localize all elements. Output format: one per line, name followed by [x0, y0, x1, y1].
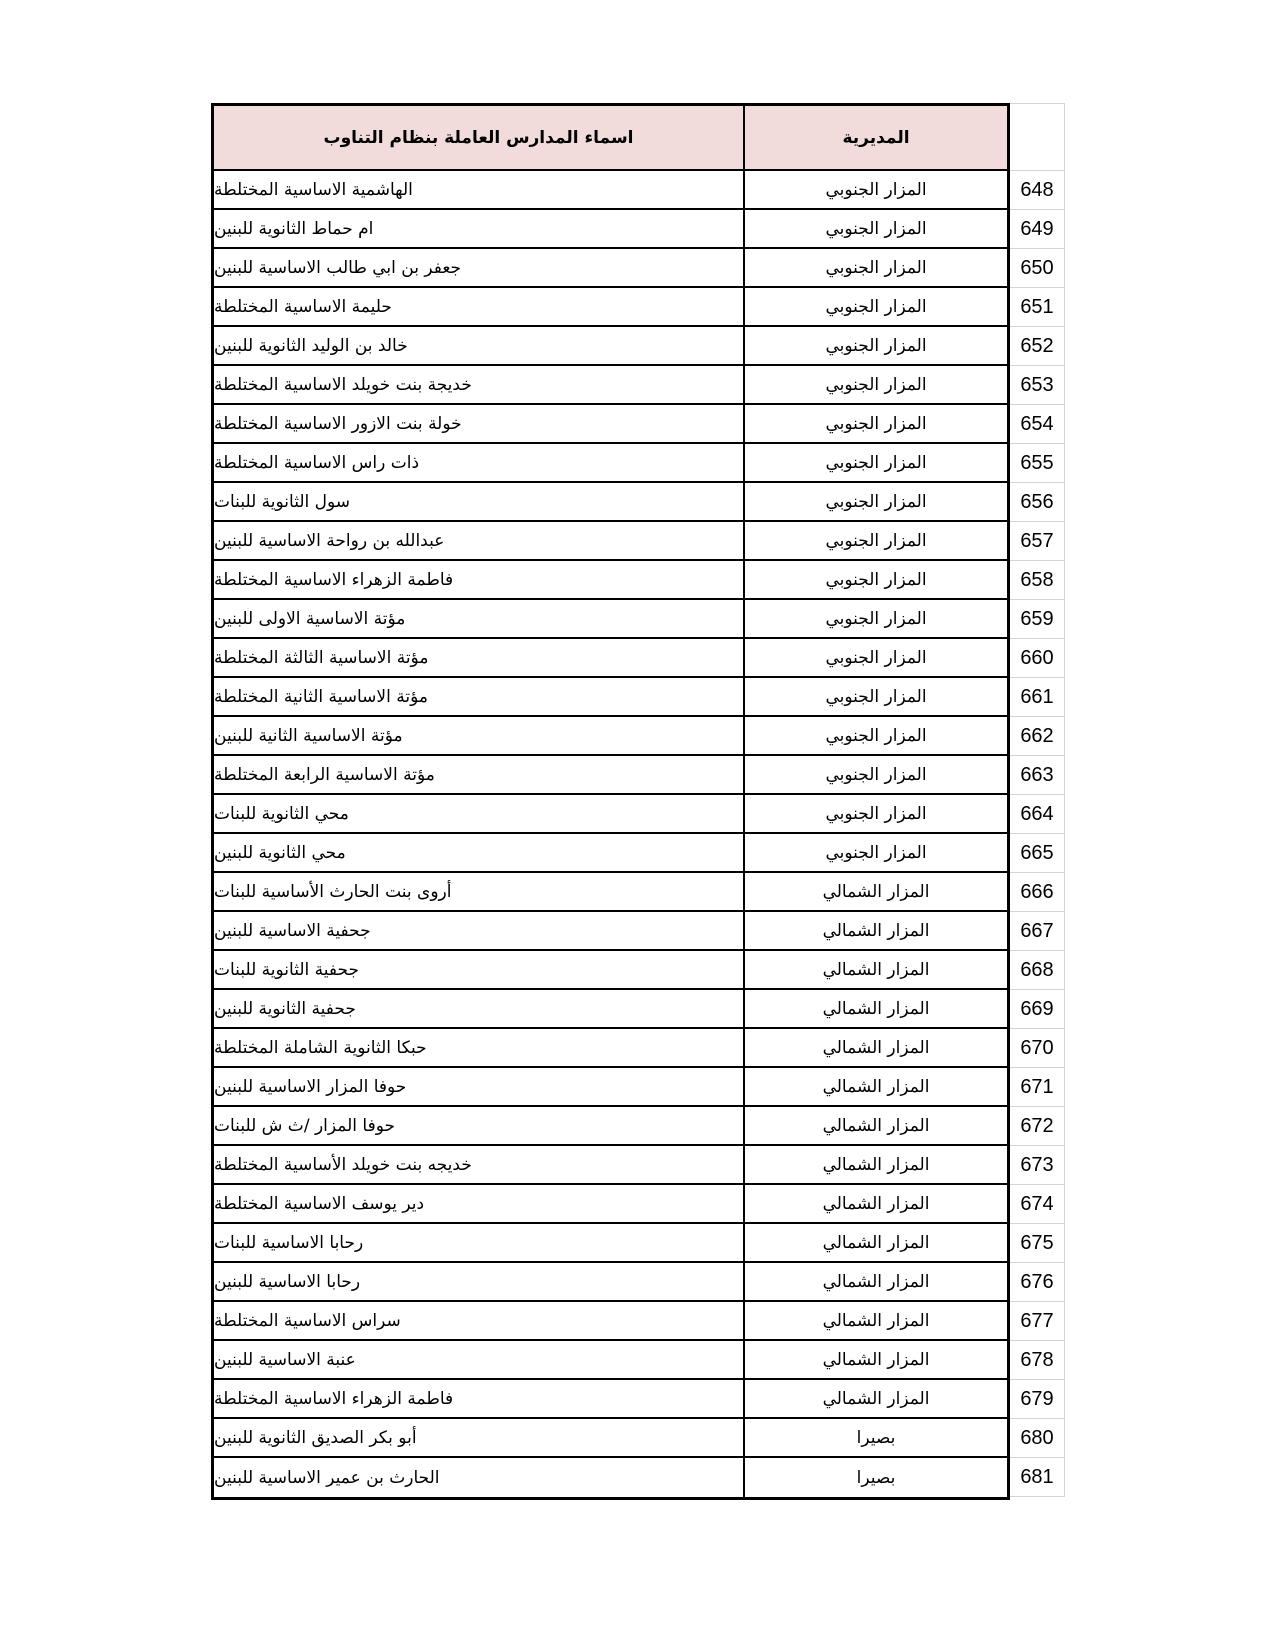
- row-number-cell: 677: [1010, 1302, 1065, 1341]
- row-number-cell: 656: [1010, 483, 1065, 522]
- row-number-cell: 678: [1010, 1341, 1065, 1380]
- directorate-cell: المزار الشمالي: [745, 1380, 1007, 1417]
- directorate-cell: المزار الجنوبي: [745, 483, 1007, 520]
- school-name-cell: ام حماط الثانوية للبنين: [214, 210, 745, 247]
- table-row: خولة بنت الازور الاساسية المختلطة المزار…: [214, 405, 1007, 444]
- table-row: جحفية الاساسية للبنين المزار الشمالي: [214, 912, 1007, 951]
- directorate-cell: المزار الشمالي: [745, 1107, 1007, 1144]
- row-number-cell: 662: [1010, 717, 1065, 756]
- row-number-cell: 665: [1010, 834, 1065, 873]
- school-name-cell: محي الثانوية للبنات: [214, 795, 745, 832]
- row-number-cell: 664: [1010, 795, 1065, 834]
- row-number-cell: 660: [1010, 639, 1065, 678]
- row-number-column: 6486496506516526536546556566576586596606…: [1010, 103, 1065, 1497]
- schools-table: اسماء المدارس العاملة بنظام التناوب المد…: [211, 103, 1010, 1500]
- table-row: خالد بن الوليد الثانوية للبنين المزار ال…: [214, 327, 1007, 366]
- table-row: مؤتة الاساسية الاولى للبنين المزار الجنو…: [214, 600, 1007, 639]
- document-page: { "page": { "background": "#ffffff" }, "…: [0, 0, 1275, 1650]
- table-row: عنبة الاساسية للبنين المزار الشمالي: [214, 1341, 1007, 1380]
- table-row: حليمة الاساسية المختلطة المزار الجنوبي: [214, 288, 1007, 327]
- row-number-cell: 668: [1010, 951, 1065, 990]
- directorate-cell: المزار الجنوبي: [745, 717, 1007, 754]
- directorate-cell: المزار الجنوبي: [745, 444, 1007, 481]
- table-row: مؤتة الاساسية الثانية المختلطة المزار ال…: [214, 678, 1007, 717]
- row-number-cell: 653: [1010, 366, 1065, 405]
- table-row: فاطمة الزهراء الاساسية المختلطة المزار ا…: [214, 1380, 1007, 1419]
- school-name-cell: حوفا المزار /ث ش للبنات: [214, 1107, 745, 1144]
- row-number-cell: 676: [1010, 1263, 1065, 1302]
- school-column-header: اسماء المدارس العاملة بنظام التناوب: [214, 106, 745, 169]
- school-name-cell: أروى بنت الحارث الأساسية للبنات: [214, 873, 745, 910]
- row-number-cell: 661: [1010, 678, 1065, 717]
- table-header-row: اسماء المدارس العاملة بنظام التناوب المد…: [214, 106, 1007, 171]
- directorate-cell: المزار الشمالي: [745, 1185, 1007, 1222]
- directorate-cell: المزار الشمالي: [745, 1263, 1007, 1300]
- school-name-cell: خولة بنت الازور الاساسية المختلطة: [214, 405, 745, 442]
- directorate-cell: المزار الجنوبي: [745, 639, 1007, 676]
- school-name-cell: أبو بكر الصديق الثانوية للبنين: [214, 1419, 745, 1456]
- directorate-cell: المزار الجنوبي: [745, 405, 1007, 442]
- directorate-cell: المزار الجنوبي: [745, 795, 1007, 832]
- school-name-cell: رحابا الاساسية للبنين: [214, 1263, 745, 1300]
- table-row: جحفية الثانوية للبنين المزار الشمالي: [214, 990, 1007, 1029]
- table-row: الحارث بن عمير الاساسية للبنين بصيرا: [214, 1458, 1007, 1497]
- school-name-cell: عنبة الاساسية للبنين: [214, 1341, 745, 1378]
- directorate-cell: المزار الجنوبي: [745, 171, 1007, 208]
- directorate-cell: المزار الجنوبي: [745, 210, 1007, 247]
- school-name-cell: حليمة الاساسية المختلطة: [214, 288, 745, 325]
- table-row: فاطمة الزهراء الاساسية المختلطة المزار ا…: [214, 561, 1007, 600]
- school-name-cell: مؤتة الاساسية الاولى للبنين: [214, 600, 745, 637]
- directorate-cell: المزار الجنوبي: [745, 756, 1007, 793]
- directorate-cell: المزار الجنوبي: [745, 561, 1007, 598]
- table-row: مؤتة الاساسية الرابعة المختلطة المزار ال…: [214, 756, 1007, 795]
- row-number-cell: 679: [1010, 1380, 1065, 1419]
- table-row: ام حماط الثانوية للبنين المزار الجنوبي: [214, 210, 1007, 249]
- row-number-header-cell: [1010, 103, 1065, 171]
- school-name-cell: فاطمة الزهراء الاساسية المختلطة: [214, 561, 745, 598]
- table-row: محي الثانوية للبنات المزار الجنوبي: [214, 795, 1007, 834]
- school-name-cell: محي الثانوية للبنين: [214, 834, 745, 871]
- school-name-cell: جحفية الثانوية للبنين: [214, 990, 745, 1027]
- row-number-cell: 674: [1010, 1185, 1065, 1224]
- school-name-cell: مؤتة الاساسية الرابعة المختلطة: [214, 756, 745, 793]
- school-name-cell: جحفية الثانوية للبنات: [214, 951, 745, 988]
- table-row: جعفر بن ابي طالب الاساسية للبنين المزار …: [214, 249, 1007, 288]
- school-name-cell: مؤتة الاساسية الثالثة المختلطة: [214, 639, 745, 676]
- table-row: سول الثانوية للبنات المزار الجنوبي: [214, 483, 1007, 522]
- row-number-cell: 659: [1010, 600, 1065, 639]
- school-name-cell: جحفية الاساسية للبنين: [214, 912, 745, 949]
- directorate-cell: بصيرا: [745, 1419, 1007, 1456]
- row-number-cell: 648: [1010, 171, 1065, 210]
- school-name-cell: دير يوسف الاساسية المختلطة: [214, 1185, 745, 1222]
- school-name-cell: جعفر بن ابي طالب الاساسية للبنين: [214, 249, 745, 286]
- school-name-cell: رحابا الاساسية للبنات: [214, 1224, 745, 1261]
- school-name-cell: سول الثانوية للبنات: [214, 483, 745, 520]
- directorate-cell: المزار الشمالي: [745, 873, 1007, 910]
- table-row: جحفية الثانوية للبنات المزار الشمالي: [214, 951, 1007, 990]
- table-row: محي الثانوية للبنين المزار الجنوبي: [214, 834, 1007, 873]
- directorate-cell: المزار الجنوبي: [745, 522, 1007, 559]
- row-number-cell: 657: [1010, 522, 1065, 561]
- school-name-cell: فاطمة الزهراء الاساسية المختلطة: [214, 1380, 745, 1417]
- row-number-cell: 649: [1010, 210, 1065, 249]
- table-row: خديجة بنت خويلد الاساسية المختلطة المزار…: [214, 366, 1007, 405]
- directorate-cell: المزار الشمالي: [745, 990, 1007, 1027]
- row-number-cell: 654: [1010, 405, 1065, 444]
- row-number-cell: 669: [1010, 990, 1065, 1029]
- row-number-cell: 671: [1010, 1068, 1065, 1107]
- row-number-cell: 672: [1010, 1107, 1065, 1146]
- table-row: دير يوسف الاساسية المختلطة المزار الشمال…: [214, 1185, 1007, 1224]
- school-name-cell: خالد بن الوليد الثانوية للبنين: [214, 327, 745, 364]
- row-number-cell: 651: [1010, 288, 1065, 327]
- directorate-cell: بصيرا: [745, 1458, 1007, 1497]
- row-number-cell: 663: [1010, 756, 1065, 795]
- school-name-cell: خديجه بنت خويلد الأساسية المختلطة: [214, 1146, 745, 1183]
- row-number-cell: 680: [1010, 1419, 1065, 1458]
- row-number-cell: 666: [1010, 873, 1065, 912]
- row-number-cell: 655: [1010, 444, 1065, 483]
- directorate-cell: المزار الشمالي: [745, 1146, 1007, 1183]
- table-row: رحابا الاساسية للبنات المزار الشمالي: [214, 1224, 1007, 1263]
- row-number-cell: 673: [1010, 1146, 1065, 1185]
- directorate-cell: المزار الشمالي: [745, 951, 1007, 988]
- table-row: حوفا المزار /ث ش للبنات المزار الشمالي: [214, 1107, 1007, 1146]
- table-row: رحابا الاساسية للبنين المزار الشمالي: [214, 1263, 1007, 1302]
- row-number-cell: 670: [1010, 1029, 1065, 1068]
- directorate-cell: المزار الجنوبي: [745, 327, 1007, 364]
- directorate-cell: المزار الجنوبي: [745, 249, 1007, 286]
- directorate-cell: المزار الجنوبي: [745, 834, 1007, 871]
- directorate-cell: المزار الجنوبي: [745, 678, 1007, 715]
- table-row: مؤتة الاساسية الثانية للبنين المزار الجن…: [214, 717, 1007, 756]
- school-name-cell: خديجة بنت خويلد الاساسية المختلطة: [214, 366, 745, 403]
- directorate-cell: المزار الشمالي: [745, 1029, 1007, 1066]
- school-name-cell: الحارث بن عمير الاساسية للبنين: [214, 1458, 745, 1497]
- directorate-cell: المزار الشمالي: [745, 1302, 1007, 1339]
- directorate-cell: المزار الشمالي: [745, 1068, 1007, 1105]
- table-row: سراس الاساسية المختلطة المزار الشمالي: [214, 1302, 1007, 1341]
- table-row: أروى بنت الحارث الأساسية للبنات المزار ا…: [214, 873, 1007, 912]
- table-row: أبو بكر الصديق الثانوية للبنين بصيرا: [214, 1419, 1007, 1458]
- school-name-cell: الهاشمية الاساسية المختلطة: [214, 171, 745, 208]
- school-name-cell: حبكا الثانوية الشاملة المختلطة: [214, 1029, 745, 1066]
- directorate-cell: المزار الشمالي: [745, 1224, 1007, 1261]
- row-number-cell: 658: [1010, 561, 1065, 600]
- directorate-cell: المزار الشمالي: [745, 912, 1007, 949]
- row-number-cell: 667: [1010, 912, 1065, 951]
- table-row: خديجه بنت خويلد الأساسية المختلطة المزار…: [214, 1146, 1007, 1185]
- school-name-cell: ذات راس الاساسية المختلطة: [214, 444, 745, 481]
- school-name-cell: مؤتة الاساسية الثانية للبنين: [214, 717, 745, 754]
- school-table-body: الهاشمية الاساسية المختلطة المزار الجنوب…: [214, 171, 1007, 1497]
- row-number-cell: 650: [1010, 249, 1065, 288]
- school-name-cell: حوفا المزار الاساسية للبنين: [214, 1068, 745, 1105]
- school-name-cell: عبدالله بن رواحة الاساسية للبنين: [214, 522, 745, 559]
- table-row: حوفا المزار الاساسية للبنين المزار الشما…: [214, 1068, 1007, 1107]
- school-name-cell: مؤتة الاساسية الثانية المختلطة: [214, 678, 745, 715]
- table-row: مؤتة الاساسية الثالثة المختلطة المزار ال…: [214, 639, 1007, 678]
- row-number-cell: 652: [1010, 327, 1065, 366]
- row-number-cell: 675: [1010, 1224, 1065, 1263]
- table-row: عبدالله بن رواحة الاساسية للبنين المزار …: [214, 522, 1007, 561]
- directorate-cell: المزار الشمالي: [745, 1341, 1007, 1378]
- school-name-cell: سراس الاساسية المختلطة: [214, 1302, 745, 1339]
- row-number-cell: 681: [1010, 1458, 1065, 1497]
- directorate-column-header: المديرية: [745, 106, 1007, 169]
- directorate-cell: المزار الجنوبي: [745, 366, 1007, 403]
- table-row: الهاشمية الاساسية المختلطة المزار الجنوب…: [214, 171, 1007, 210]
- directorate-cell: المزار الجنوبي: [745, 600, 1007, 637]
- directorate-cell: المزار الجنوبي: [745, 288, 1007, 325]
- table-row: حبكا الثانوية الشاملة المختلطة المزار ال…: [214, 1029, 1007, 1068]
- table-row: ذات راس الاساسية المختلطة المزار الجنوبي: [214, 444, 1007, 483]
